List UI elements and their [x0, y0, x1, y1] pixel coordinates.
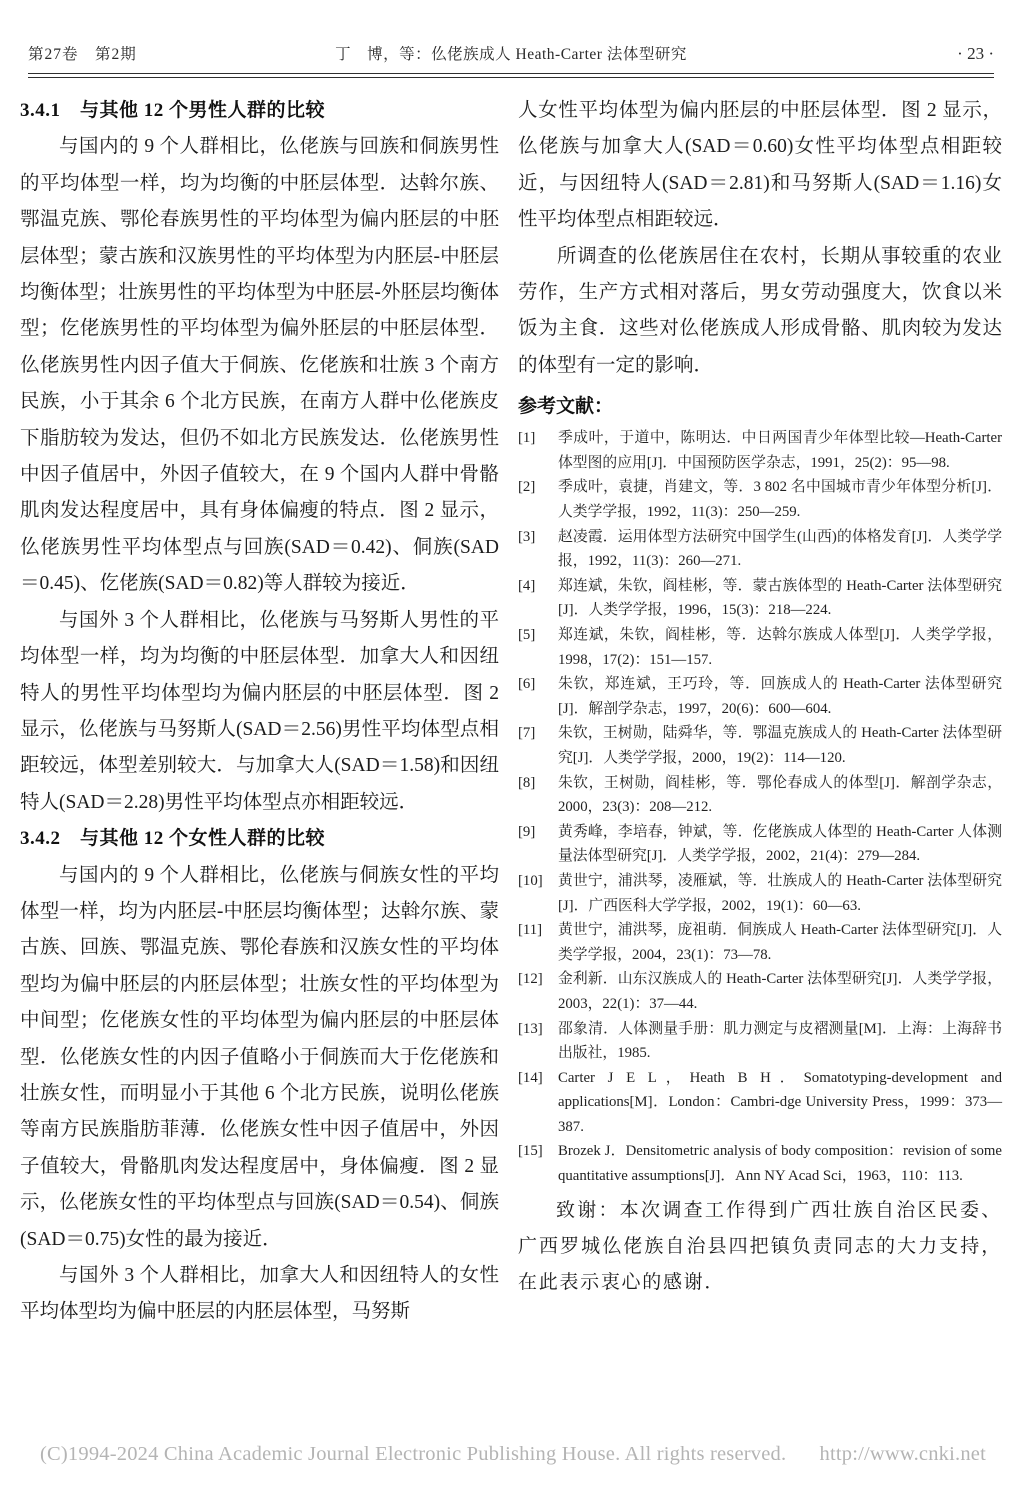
- left-column: 3.4.1 与其他 12 个男性人群的比较 与国内的 9 个人群相比，仫佬族与回…: [20, 93, 499, 1331]
- body-paragraph: 与国内的 9 个人群相比，仫佬族与侗族女性的平均体型一样，均为内胚层-中胚层均衡…: [20, 858, 499, 1258]
- body-paragraph: 与国外 3 个人群相比，加拿大人和因纽特人的女性平均体型均为偏中胚层的内胚层体型…: [20, 1258, 499, 1331]
- body-paragraph: 与国内的 9 个人群相比，仫佬族与回族和侗族男性的平均体型一样，均为均衡的中胚层…: [20, 129, 499, 602]
- reference-text: 朱钦，王树勋，阎桂彬，等．鄂伦春成人的体型[J]．解剖学杂志，2000，23(3…: [558, 771, 1002, 820]
- reference-item: [2] 季成叶，袁捷，肖建文，等．3 802 名中国城市青少年体型分析[J]．人…: [518, 475, 1002, 524]
- reference-item: [10] 黄世宁，浦洪琴，凌雁斌，等．壮族成人的 Heath-Carter 法体…: [518, 869, 1002, 918]
- reference-label: [9]: [518, 820, 558, 869]
- running-head: 第27卷 第2期 丁 博，等：仫佬族成人 Heath-Carter 法体型研究 …: [28, 42, 994, 64]
- reference-label: [8]: [518, 771, 558, 820]
- reference-text: Carter J E L，Heath B H．Somatotyping-deve…: [558, 1066, 1002, 1140]
- header-double-rule: [28, 73, 994, 78]
- body-paragraph: 所调查的仫佬族居住在农村，长期从事较重的农业劳作，生产方式相对落后，男女劳动强度…: [518, 239, 1002, 385]
- reference-item: [5] 郑连斌，朱钦，阎桂彬，等．达斡尔族成人体型[J]．人类学学报，1998，…: [518, 623, 1002, 672]
- reference-item: [8] 朱钦，王树勋，阎桂彬，等．鄂伦春成人的体型[J]．解剖学杂志，2000，…: [518, 771, 1002, 820]
- section-heading-3-4-2: 3.4.2 与其他 12 个女性人群的比较: [20, 821, 499, 857]
- reference-text: 黄世宁，浦洪琴，庞祖萌．侗族成人 Heath-Carter 法体型研究[J]．人…: [558, 918, 1002, 967]
- reference-label: [2]: [518, 475, 558, 524]
- reference-text: 金利新．山东汉族成人的 Heath-Carter 法体型研究[J]．人类学学报，…: [558, 967, 1002, 1016]
- reference-label: [7]: [518, 721, 558, 770]
- reference-item: [1] 季成叶，于道中，陈明达．中日两国青少年体型比较—Heath-Carter…: [518, 426, 1002, 475]
- reference-label: [14]: [518, 1066, 558, 1140]
- reference-item: [4] 郑连斌，朱钦，阎桂彬，等．蒙古族体型的 Heath-Carter 法体型…: [518, 574, 1002, 623]
- reference-text: 赵凌霞．运用体型方法研究中国学生(山西)的体格发育[J]．人类学学报，1992，…: [558, 525, 1002, 574]
- cnki-url: http://www.cnki.net: [820, 1443, 986, 1466]
- reference-label: [11]: [518, 918, 558, 967]
- reference-label: [15]: [518, 1139, 558, 1188]
- reference-item: [12] 金利新．山东汉族成人的 Heath-Carter 法体型研究[J]．人…: [518, 967, 1002, 1016]
- reference-text: 黄世宁，浦洪琴，凌雁斌，等．壮族成人的 Heath-Carter 法体型研究[J…: [558, 869, 1002, 918]
- reference-text: Brozek J．Densitometric analysis of body …: [558, 1139, 1002, 1188]
- reference-text: 邵象清．人体测量手册：肌力测定与皮褶测量[M]．上海：上海辞书出版社，1985.: [558, 1017, 1002, 1066]
- reference-text: 黄秀峰，李培春，钟斌，等．仡佬族成人体型的 Heath-Carter 人体测量法…: [558, 820, 1002, 869]
- reference-label: [3]: [518, 525, 558, 574]
- acknowledgement: 致谢：本次调查工作得到广西壮族自治区民委、广西罗城仫佬族自治县四把镇负责同志的大…: [518, 1193, 1002, 1301]
- reference-text: 郑连斌，朱钦，阎桂彬，等．蒙古族体型的 Heath-Carter 法体型研究[J…: [558, 574, 1002, 623]
- cnki-watermark: (C)1994-2024 China Academic Journal Elec…: [40, 1443, 986, 1466]
- reference-item: [14] Carter J E L，Heath B H．Somatotyping…: [518, 1066, 1002, 1140]
- reference-item: [7] 朱钦，王树勋，陆舜华，等．鄂温克族成人的 Heath-Carter 法体…: [518, 721, 1002, 770]
- reference-label: [13]: [518, 1017, 558, 1066]
- reference-label: [10]: [518, 869, 558, 918]
- reference-label: [1]: [518, 426, 558, 475]
- reference-item: [9] 黄秀峰，李培春，钟斌，等．仡佬族成人体型的 Heath-Carter 人…: [518, 820, 1002, 869]
- right-column: 人女性平均体型为偏内胚层的中胚层体型．图 2 显示，仫佬族与加拿大人(SAD＝0…: [518, 93, 1002, 1301]
- reference-text: 郑连斌，朱钦，阎桂彬，等．达斡尔族成人体型[J]．人类学学报，1998，17(2…: [558, 623, 1002, 672]
- section-heading-3-4-1: 3.4.1 与其他 12 个男性人群的比较: [20, 93, 499, 129]
- references-heading: 参考文献：: [518, 392, 1002, 422]
- reference-item: [3] 赵凌霞．运用体型方法研究中国学生(山西)的体格发育[J]．人类学学报，1…: [518, 525, 1002, 574]
- reference-label: [5]: [518, 623, 558, 672]
- reference-item: [13] 邵象清．人体测量手册：肌力测定与皮褶测量[M]．上海：上海辞书出版社，…: [518, 1017, 1002, 1066]
- running-head-title: 丁 博，等：仫佬族成人 Heath-Carter 法体型研究: [248, 42, 774, 64]
- reference-text: 季成叶，于道中，陈明达．中日两国青少年体型比较—Heath-Carter 体型图…: [558, 426, 1002, 475]
- reference-text: 朱钦，王树勋，陆舜华，等．鄂温克族成人的 Heath-Carter 法体型研究[…: [558, 721, 1002, 770]
- copyright-text: (C)1994-2024 China Academic Journal Elec…: [40, 1443, 786, 1466]
- reference-label: [4]: [518, 574, 558, 623]
- body-paragraph: 与国外 3 个人群相比，仫佬族与马努斯人男性的平均体型一样，均为均衡的中胚层体型…: [20, 603, 499, 821]
- page-number: · 23 ·: [774, 44, 994, 64]
- body-paragraph-continued: 人女性平均体型为偏内胚层的中胚层体型．图 2 显示，仫佬族与加拿大人(SAD＝0…: [518, 93, 1002, 239]
- reference-item: [11] 黄世宁，浦洪琴，庞祖萌．侗族成人 Heath-Carter 法体型研究…: [518, 918, 1002, 967]
- reference-text: 季成叶，袁捷，肖建文，等．3 802 名中国城市青少年体型分析[J]．人类学学报…: [558, 475, 1002, 524]
- journal-issue: 第27卷 第2期: [28, 42, 248, 64]
- reference-item: [15] Brozek J．Densitometric analysis of …: [518, 1139, 1002, 1188]
- reference-item: [6] 朱钦，郑连斌，王巧玲，等．回族成人的 Heath-Carter 法体型研…: [518, 672, 1002, 721]
- reference-label: [6]: [518, 672, 558, 721]
- reference-text: 朱钦，郑连斌，王巧玲，等．回族成人的 Heath-Carter 法体型研究[J]…: [558, 672, 1002, 721]
- reference-label: [12]: [518, 967, 558, 1016]
